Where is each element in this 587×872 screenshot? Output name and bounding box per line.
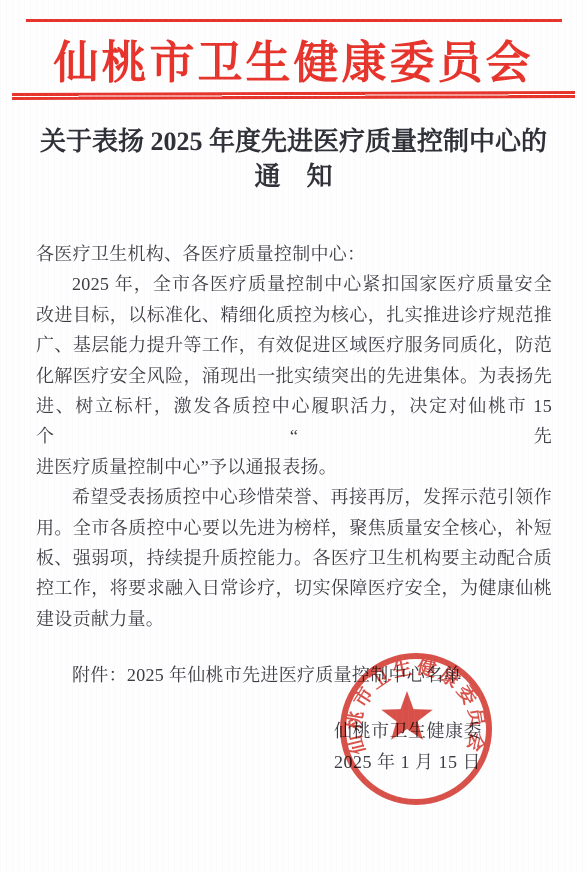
body-line: 板、强弱项，持续提升质控能力。各医疗卫生机构要主动配合质 xyxy=(36,543,552,573)
salutation: 各医疗卫生机构、各医疗质量控制中心： xyxy=(36,239,552,269)
red-divider xyxy=(12,91,575,100)
document-title-line2: 通 知 xyxy=(20,159,567,194)
body-line: 改进目标，以标准化、精细化质控为核心，扎实推进诊疗规范推 xyxy=(36,300,552,330)
body-line: 用。全市各质控中心要以先进为榜样，聚焦质量安全核心，补短 xyxy=(36,513,552,543)
top-rule xyxy=(26,19,562,22)
body-line: 控工作，将要求融入日常诊疗，切实保障医疗安全，为健康仙桃 xyxy=(36,573,552,603)
body-line: 广、基层能力提升等工作，有效促进区域医疗服务同质化，防范 xyxy=(36,330,552,360)
body-line: 化解医疗安全风险，涌现出一批实绩突出的先进集体。为表扬先 xyxy=(36,361,552,391)
document-page: 仙桃市卫生健康委员会 关于表扬 2025 年度先进医疗质量控制中心的 通 知 各… xyxy=(0,0,587,872)
svg-text:仙桃市卫生健康委员会: 仙桃市卫生健康委员会 xyxy=(342,655,489,758)
document-body: 各医疗卫生机构、各医疗质量控制中心： 2025 年，全市各医疗质量控制中心紧扣国… xyxy=(36,239,552,691)
seal-star-icon xyxy=(381,691,432,740)
body-line: 希望受表扬质控中心珍惜荣誉、再接再厉，发挥示范引领作 xyxy=(36,482,552,512)
document-title: 关于表扬 2025 年度先进医疗质量控制中心的 通 知 xyxy=(20,124,567,194)
body-line: 进医疗质量控制中心”予以通报表扬。 xyxy=(36,452,552,482)
body-line: 2025 年，全市各医疗质量控制中心紧扣国家医疗质量安全 xyxy=(36,269,552,299)
document-title-line1: 关于表扬 2025 年度先进医疗质量控制中心的 xyxy=(20,124,567,159)
seal-arc-text: 仙桃市卫生健康委员会 xyxy=(342,655,489,758)
official-seal: 仙桃市卫生健康委员会 xyxy=(331,644,501,814)
body-line: 进、树立标杆，激发各质控中心履职活力，决定对仙桃市 15 个“先 xyxy=(36,391,552,452)
letterhead-org-name: 仙桃市卫生健康委员会 xyxy=(0,26,587,91)
body-line: 建设贡献力量。 xyxy=(36,604,552,634)
